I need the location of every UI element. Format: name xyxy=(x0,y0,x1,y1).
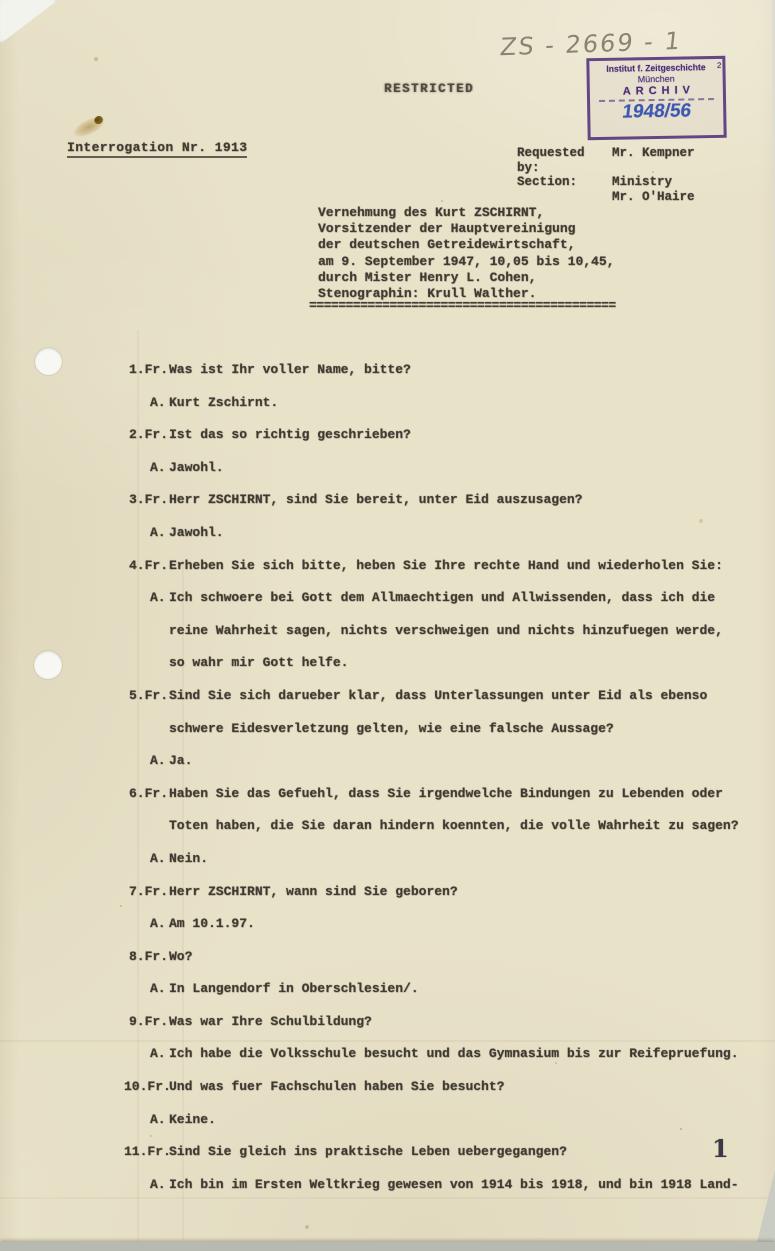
qa-text-line: so wahr mir Gott helfe. xyxy=(169,647,769,680)
qa-text-line: Am 10.1.97. xyxy=(169,908,769,941)
requested-by-label: Requested by: xyxy=(517,146,612,175)
qa-question: 7.Fr.Herr ZSCHIRNT, wann sind Sie gebore… xyxy=(124,876,769,909)
qa-answer: A.Jawohl. xyxy=(124,517,769,550)
qa-text-line: Ich habe die Volksschule besucht und das… xyxy=(169,1038,769,1071)
typed-separator-line: ========================================… xyxy=(309,298,616,313)
qa-answer: A.Ich bin im Ersten Weltkrieg gewesen vo… xyxy=(124,1169,769,1202)
qa-question: 5.Fr.Sind Sie sich darueber klar, dass U… xyxy=(124,680,769,745)
paper-speckles xyxy=(0,0,2,2)
qa-text-line: Ja. xyxy=(169,745,769,778)
case-header-line: der deutschen Getreidewirtschaft, xyxy=(318,237,614,253)
qa-text-line: reine Wahrheit sagen, nichts verschweige… xyxy=(169,615,769,648)
qa-text-line: Erheben Sie sich bitte, heben Sie Ihre r… xyxy=(169,550,769,583)
qa-text-line: Was war Ihre Schulbildung? xyxy=(169,1006,769,1039)
additional-name-value: Mr. O'Haire xyxy=(612,190,695,205)
qa-question: 3.Fr.Herr ZSCHIRNT, sind Sie bereit, unt… xyxy=(124,484,769,517)
qa-label: A. xyxy=(150,745,166,778)
stamp-edge-mark: 2 xyxy=(717,61,722,70)
case-header: Vernehmung des Kurt ZSCHIRNT,Vorsitzende… xyxy=(318,205,614,302)
request-info-block: Requested by: Mr. Kempner Section: Minis… xyxy=(517,146,695,204)
section-value: Ministry xyxy=(612,175,672,190)
qa-text-line: Kurt Zschirnt. xyxy=(169,387,769,420)
qa-label: 10.Fr. xyxy=(124,1071,168,1104)
restricted-classification-stamp: RESTRICTED xyxy=(384,82,474,96)
qa-label: A. xyxy=(150,387,166,420)
qa-text-line: Toten haben, die Sie daran hindern koenn… xyxy=(169,810,769,843)
punch-hole-bottom xyxy=(34,651,62,679)
qa-label: A. xyxy=(150,843,166,876)
qa-label: A. xyxy=(150,908,166,941)
spacer-label xyxy=(517,190,612,205)
qa-text-line: Haben Sie das Gefuehl, dass Sie irgendwe… xyxy=(169,778,769,811)
qa-list: 1.Fr.Was ist Ihr voller Name, bitte?A.Ku… xyxy=(124,354,769,1201)
scanned-document-page: RESTRICTED ZS - 2669 - 1 Institut f. Zei… xyxy=(0,0,775,1251)
qa-answer: A.Ich habe die Volksschule besucht und d… xyxy=(124,1038,769,1071)
qa-answer: A.Jawohl. xyxy=(124,452,769,485)
qa-label: A. xyxy=(150,517,166,550)
qa-answer: A.In Langendorf in Oberschlesien/. xyxy=(124,973,769,1006)
case-header-line: durch Mister Henry L. Cohen, xyxy=(318,270,614,286)
qa-label: A. xyxy=(150,1104,166,1137)
qa-label: 7.Fr. xyxy=(124,876,168,909)
qa-label: A. xyxy=(150,1169,166,1202)
qa-question: 4.Fr.Erheben Sie sich bitte, heben Sie I… xyxy=(124,550,769,583)
qa-label: 1.Fr. xyxy=(124,354,168,387)
qa-label: 2.Fr. xyxy=(124,419,168,452)
qa-text-line: Sind Sie gleich ins praktische Leben ueb… xyxy=(169,1136,769,1169)
qa-question: 8.Fr.Wo? xyxy=(124,941,769,974)
qa-label: 9.Fr. xyxy=(124,1006,168,1039)
archive-number-handwritten: 1948/56 xyxy=(589,100,725,124)
qa-text-line: In Langendorf in Oberschlesien/. xyxy=(169,973,769,1006)
qa-text-line: Ich schwoere bei Gott dem Allmaechtigen … xyxy=(169,582,769,615)
qa-answer: A.Nein. xyxy=(124,843,769,876)
qa-question: 9.Fr.Was war Ihre Schulbildung? xyxy=(124,1006,769,1039)
qa-text-line: Sind Sie sich darueber klar, dass Unterl… xyxy=(169,680,769,713)
additional-row: Mr. O'Haire xyxy=(517,190,695,205)
qa-text-line: Jawohl. xyxy=(169,452,769,485)
qa-question: 2.Fr.Ist das so richtig geschrieben? xyxy=(124,419,769,452)
section-label: Section: xyxy=(517,175,612,190)
qa-text-line: Und was fuer Fachschulen haben Sie besuc… xyxy=(169,1071,769,1104)
qa-answer: A.Keine. xyxy=(124,1104,769,1137)
qa-question: 6.Fr.Haben Sie das Gefuehl, dass Sie irg… xyxy=(124,778,769,843)
qa-label: A. xyxy=(150,973,166,1006)
qa-answer: A.Ja. xyxy=(124,745,769,778)
torn-corner-top-left xyxy=(0,0,58,44)
qa-label: 8.Fr. xyxy=(124,941,168,974)
qa-label: A. xyxy=(150,582,166,615)
scanner-background-strip xyxy=(0,1242,775,1251)
page-number: 1 xyxy=(712,1134,729,1163)
section-row: Section: Ministry xyxy=(517,175,695,190)
qa-text-line: Herr ZSCHIRNT, sind Sie bereit, unter Ei… xyxy=(169,484,769,517)
qa-text-line: schwere Eidesverletzung gelten, wie eine… xyxy=(169,713,769,746)
qa-answer: A.Ich schwoere bei Gott dem Allmaechtige… xyxy=(124,582,769,680)
paper-stain xyxy=(68,108,115,144)
document-title: Interrogation Nr. 1913 xyxy=(67,140,247,158)
qa-question: 10.Fr.Und was fuer Fachschulen haben Sie… xyxy=(124,1071,769,1104)
qa-text-line: Nein. xyxy=(169,843,769,876)
archive-stamp: Institut f. Zeitgeschichte 2 München ARC… xyxy=(586,56,726,140)
qa-label: 6.Fr. xyxy=(124,778,168,811)
qa-label: 5.Fr. xyxy=(124,680,168,713)
qa-question: 11.Fr.Sind Sie gleich ins praktische Leb… xyxy=(124,1136,769,1169)
qa-label: A. xyxy=(150,452,166,485)
qa-label: 11.Fr. xyxy=(124,1136,168,1169)
case-header-line: Vorsitzender der Hauptvereinigung xyxy=(318,221,614,237)
qa-text-line: Keine. xyxy=(169,1104,769,1137)
qa-text-line: Ich bin im Ersten Weltkrieg gewesen von … xyxy=(169,1169,769,1202)
archive-stamp-archiv-line: ARCHIV xyxy=(590,84,723,98)
qa-label: 3.Fr. xyxy=(124,484,168,517)
case-header-line: Vernehmung des Kurt ZSCHIRNT, xyxy=(318,205,614,221)
qa-text-line: Was ist Ihr voller Name, bitte? xyxy=(169,354,769,387)
qa-label: A. xyxy=(150,1038,166,1071)
qa-answer: A.Am 10.1.97. xyxy=(124,908,769,941)
qa-question: 1.Fr.Was ist Ihr voller Name, bitte? xyxy=(124,354,769,387)
qa-text-line: Jawohl. xyxy=(169,517,769,550)
requested-by-value: Mr. Kempner xyxy=(612,146,695,175)
qa-text-line: Wo? xyxy=(169,941,769,974)
qa-answer: A.Kurt Zschirnt. xyxy=(124,387,769,420)
punch-hole-top xyxy=(35,348,62,375)
qa-text-line: Herr ZSCHIRNT, wann sind Sie geboren? xyxy=(169,876,769,909)
requested-by-row: Requested by: Mr. Kempner xyxy=(517,146,695,175)
case-header-line: am 9. September 1947, 10,05 bis 10,45, xyxy=(318,254,614,270)
qa-text-line: Ist das so richtig geschrieben? xyxy=(169,419,769,452)
qa-label: 4.Fr. xyxy=(124,550,168,583)
